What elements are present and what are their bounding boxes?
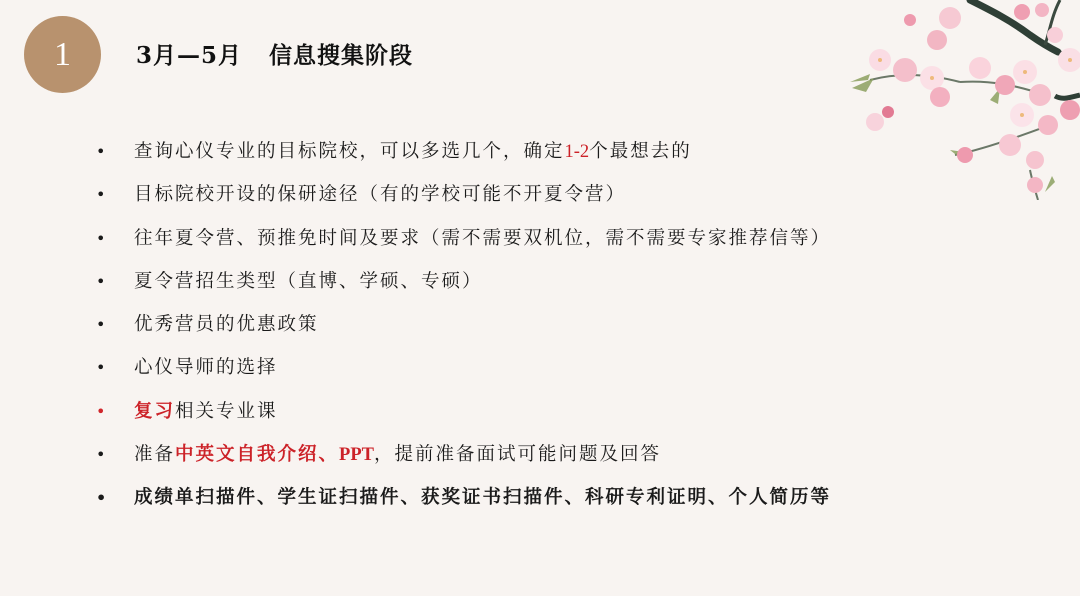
bullet: • — [96, 395, 134, 429]
bullet: • — [96, 308, 134, 342]
list-item-text: 查询心仪专业的目标院校，可以多选几个，确定1-2个最想去的 — [134, 135, 692, 169]
step-number: 1 — [54, 36, 71, 74]
cherry-blossom-branch-icon — [840, 0, 1080, 200]
list-item-text: 优秀营员的优惠政策 — [134, 308, 319, 342]
bullet: • — [96, 178, 134, 212]
list-item-text: 复习相关专业课 — [134, 395, 278, 429]
bullet: • — [96, 351, 134, 385]
bullet: • — [96, 481, 134, 515]
bullet: • — [96, 265, 134, 299]
list-item-text: 夏令营招生类型（直博、学硕、专硕） — [134, 265, 483, 299]
highlight-text: PPT — [339, 445, 374, 465]
step-number-badge: 1 — [24, 16, 101, 93]
highlight-text: 1-2 — [565, 142, 590, 162]
bullet: • — [96, 438, 134, 472]
bullet: • — [96, 135, 134, 169]
list-item-text: 准备中英文自我介绍、PPT，提前准备面试可能问题及回答 — [134, 438, 661, 472]
highlight-text: 复习 — [134, 401, 175, 422]
highlight-text: 中英文自我介绍、 — [175, 444, 339, 465]
list-item-text: 往年夏令营、预推免时间及要求（需不需要双机位，需不需要专家推荐信等） — [134, 222, 831, 256]
list-item-text: 目标院校开设的保研途径（有的学校可能不开夏令营） — [134, 178, 626, 212]
list-item-text: 成绩单扫描件、学生证扫描件、获奖证书扫描件、科研专利证明、个人简历等 — [134, 481, 831, 515]
bullet: • — [96, 222, 134, 256]
list-item-text: 心仪导师的选择 — [134, 351, 278, 385]
page-title: 3月—5月 信息搜集阶段 — [136, 37, 413, 70]
